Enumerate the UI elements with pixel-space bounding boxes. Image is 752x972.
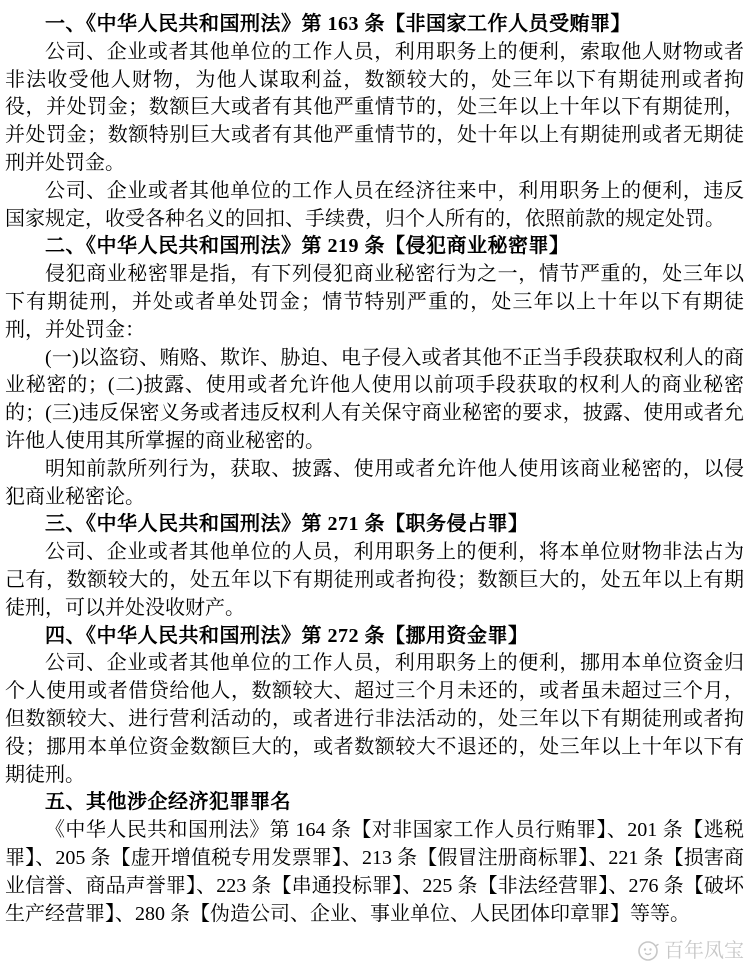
section-2-paragraph-2: (一)以盗窃、贿赂、欺诈、胁迫、电子侵入或者其他不正当手段获取权利人的商业秘密的… bbox=[5, 345, 744, 456]
law-section-1: 一、《中华人民共和国刑法》第 163 条【非国家工作人员受贿罪】 公司、企业或者… bbox=[5, 11, 744, 233]
section-2-paragraph-3: 明知前款所列行为，获取、披露、使用或者允许他人使用该商业秘密的，以侵犯商业秘密论… bbox=[5, 456, 744, 512]
section-4-paragraph-1: 公司、企业或者其他单位的工作人员，利用职务上的便利，挪用本单位资金归个人使用或者… bbox=[5, 650, 744, 789]
section-1-paragraph-2: 公司、企业或者其他单位的工作人员在经济往来中，利用职务上的便利，违反国家规定，收… bbox=[5, 178, 744, 234]
law-section-2: 二、《中华人民共和国刑法》第 219 条【侵犯商业秘密罪】 侵犯商业秘密罪是指，… bbox=[5, 233, 744, 511]
section-2-heading: 二、《中华人民共和国刑法》第 219 条【侵犯商业秘密罪】 bbox=[5, 233, 744, 261]
law-section-3: 三、《中华人民共和国刑法》第 271 条【职务侵占罪】 公司、企业或者其他单位的… bbox=[5, 511, 744, 622]
watermark-text: 百年凤宝 bbox=[664, 941, 744, 961]
section-5-paragraph-1: 《中华人民共和国刑法》第 164 条【对非国家工作人员行贿罪】、201 条【逃税… bbox=[5, 817, 744, 928]
law-section-4: 四、《中华人民共和国刑法》第 272 条【挪用资金罪】 公司、企业或者其他单位的… bbox=[5, 623, 744, 790]
law-section-5: 五、其他涉企经济犯罪罪名 《中华人民共和国刑法》第 164 条【对非国家工作人员… bbox=[5, 789, 744, 928]
section-2-paragraph-1: 侵犯商业秘密罪是指，有下列侵犯商业秘密行为之一，情节严重的，处三年以下有期徒刑，… bbox=[5, 261, 744, 344]
chick-logo-icon bbox=[637, 940, 659, 962]
watermark: 百年凤宝 bbox=[637, 940, 744, 962]
section-1-paragraph-1: 公司、企业或者其他单位的工作人员，利用职务上的便利，索取他人财物或者非法收受他人… bbox=[5, 39, 744, 178]
section-3-heading: 三、《中华人民共和国刑法》第 271 条【职务侵占罪】 bbox=[5, 511, 744, 539]
section-3-paragraph-1: 公司、企业或者其他单位的人员，利用职务上的便利，将本单位财物非法占为己有，数额较… bbox=[5, 539, 744, 622]
section-4-heading: 四、《中华人民共和国刑法》第 272 条【挪用资金罪】 bbox=[5, 623, 744, 651]
section-1-heading: 一、《中华人民共和国刑法》第 163 条【非国家工作人员受贿罪】 bbox=[5, 11, 744, 39]
section-5-heading: 五、其他涉企经济犯罪罪名 bbox=[5, 789, 744, 817]
document-page: 一、《中华人民共和国刑法》第 163 条【非国家工作人员受贿罪】 公司、企业或者… bbox=[0, 0, 752, 972]
